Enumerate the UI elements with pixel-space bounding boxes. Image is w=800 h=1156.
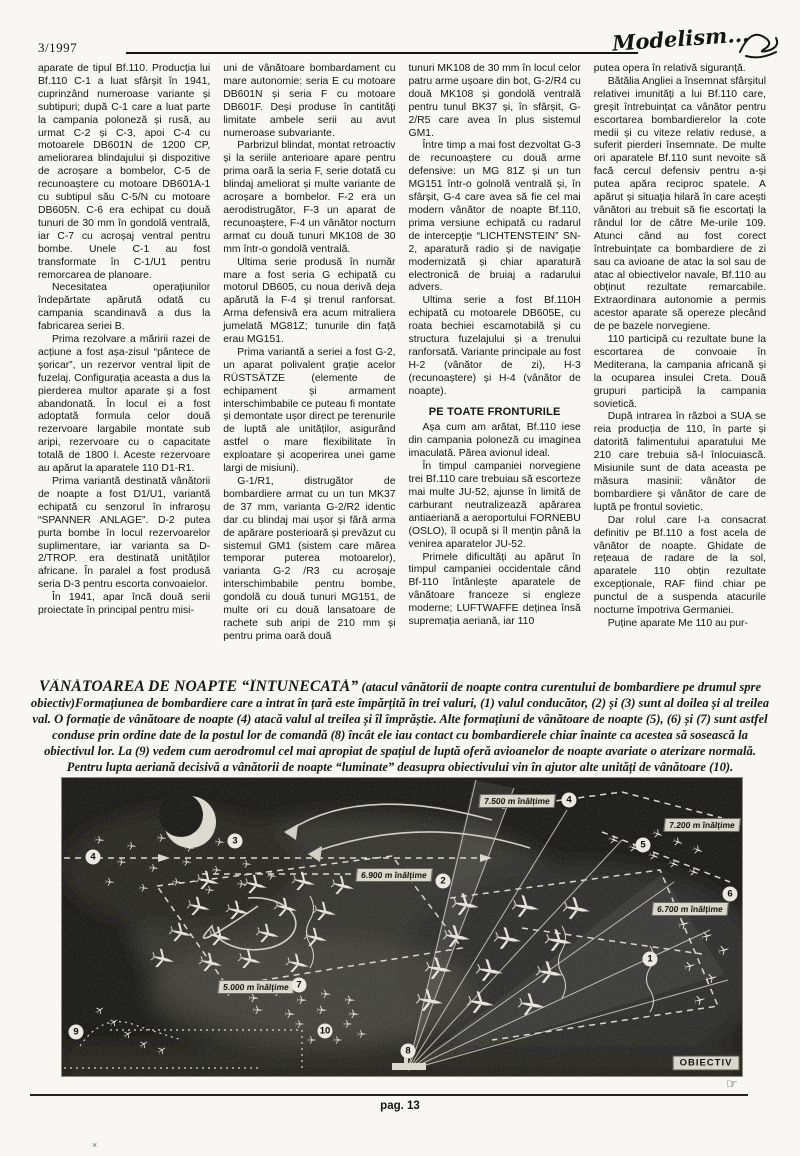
night-fighter-diagram: OBIECTIV 7.500 m înălțime7.200 m înălțim… [62, 778, 742, 1076]
paragraph: Așa cum am arătat, Bf.110 iese din campa… [409, 422, 581, 461]
paragraph: Bătălia Angliei a însemnat sfârșitul rel… [594, 76, 766, 334]
registration-mark: × [92, 1140, 97, 1150]
paragraph: G-1/R1, distrugător de bombardiere armat… [223, 476, 395, 644]
logo-text: Modelism... [611, 21, 750, 56]
paragraph: În 1941, apar încă două serii proiectate… [38, 592, 210, 618]
altitude-label: 6.700 m înălțime [651, 902, 728, 916]
header-rule [126, 52, 638, 54]
magazine-page: 3/1997 Modelism... aparate de tipul Bf.1… [0, 0, 800, 1156]
altitude-label: 5.000 m înălțime [217, 980, 294, 994]
altitude-label: 7.500 m înălțime [478, 794, 555, 808]
altitude-label: 7.200 m înălțime [663, 818, 740, 832]
altitude-label: 6.900 m înălțime [355, 868, 432, 882]
paragraph: Între timp a mai fost dezvoltat G-3 de r… [409, 140, 581, 295]
paragraph: aparate de tipul Bf.110. Producția lui B… [38, 63, 210, 282]
figure-caption: VÂNĂTOAREA DE NOAPTE “ÎNTUNECATĂ” (atacu… [28, 679, 772, 776]
paragraph: uni de vânătoare bombardament cu mare au… [223, 63, 395, 140]
diagram-number-badge: 9 [69, 1025, 84, 1040]
pointing-hand-icon: ☞ [726, 1077, 738, 1092]
paragraph: Puține aparate Me 110 au pur- [594, 618, 766, 631]
footer-rule [30, 1094, 748, 1096]
paragraph: Ultima serie produsă în număr mare a fos… [223, 257, 395, 347]
magazine-logo: Modelism... [612, 26, 782, 66]
issue-number: 3/1997 [38, 40, 77, 56]
caption-text: (atacul vânătorii de noapte contra curen… [31, 680, 769, 774]
paragraph: 110 participă cu rezultate bune la escor… [594, 334, 766, 411]
diagram-number-badge: 4 [562, 793, 577, 808]
page-number: pag. 13 [0, 1100, 800, 1112]
diagram-number-badge: 3 [228, 834, 243, 849]
column-2: uni de vânătoare bombardament cu mare au… [223, 63, 395, 678]
paragraph: Primele dificultăți au apărut în timpul … [409, 552, 581, 629]
diagram-artwork [62, 778, 742, 1076]
column-3: tunuri MK108 de 30 mm în locul celor pat… [409, 63, 581, 678]
paragraph: Prima rezolvare a măririi razei de acțiu… [38, 334, 210, 476]
diagram-number-badge: 6 [723, 887, 738, 902]
paragraph: Prima variantă destinată vânătorii de no… [38, 476, 210, 592]
paragraph: Dar rolul care l-a consacrat definitiv p… [594, 515, 766, 618]
diagram-number-badge: 7 [292, 978, 307, 993]
logo-scribble-icon [736, 26, 782, 62]
article-body: aparate de tipul Bf.110. Producția lui B… [38, 63, 766, 678]
paragraph: tunuri MK108 de 30 mm în locul celor pat… [409, 63, 581, 140]
paragraph: putea opera în relativă siguranță. [594, 63, 766, 76]
diagram-number-badge: 8 [401, 1044, 416, 1059]
diagram-number-badge: 5 [636, 838, 651, 853]
paragraph: După intrarea în război a SUA se reia pr… [594, 411, 766, 514]
diagram-number-badge: 1 [643, 952, 658, 967]
caption-title: VÂNĂTOAREA DE NOAPTE “ÎNTUNECATĂ” [39, 679, 358, 695]
section-heading: PE TOATE FRONTURILE [409, 406, 581, 419]
diagram-number-badge: 10 [318, 1024, 333, 1039]
paragraph: Parbrizul blindat, montat retroactiv și … [223, 140, 395, 256]
paragraph: În timpul campaniei norvegiene trei Bf.1… [409, 461, 581, 551]
paragraph: Ultima serie a fost Bf.110H echipată cu … [409, 295, 581, 398]
diagram-number-badge: 4 [86, 850, 101, 865]
diagram-number-badge: 2 [436, 874, 451, 889]
column-1: aparate de tipul Bf.110. Producția lui B… [38, 63, 210, 678]
paragraph: Necesitatea operațiunilor îndepărtate ap… [38, 282, 210, 334]
column-4: putea opera în relativă siguranță.Bătăli… [594, 63, 766, 678]
objective-label: OBIECTIV [673, 1056, 740, 1071]
paragraph: Prima variantă a seriei a fost G-2, un a… [223, 347, 395, 476]
